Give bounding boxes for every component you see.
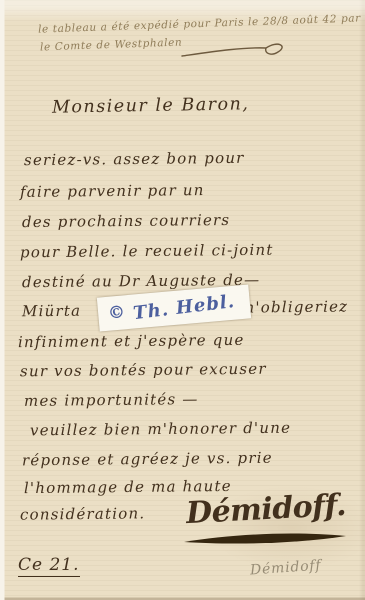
body-line: pour Belle. le recueil ci-joint — [20, 241, 274, 262]
body-line: seriez-vs. assez bon pour — [24, 149, 245, 169]
body-line-interrupted-right: m'obligeriez — [240, 297, 348, 316]
signature-underline-flourish — [182, 531, 350, 547]
copyright-icon: © — [106, 301, 127, 324]
letter-scan: le tableau a été expédié pour Paris le 2… — [0, 0, 365, 600]
body-line-interrupted-left: Miürta — [22, 302, 81, 321]
body-line: mes importunités — — [24, 390, 199, 410]
body-line: l'hommage de ma haute — [24, 477, 232, 497]
stamp-signature-text: Th. Hebl. — [132, 290, 236, 323]
date-note: Ce 21. — [18, 555, 80, 577]
body-line: veuillez bien m'honorer d'une — [30, 419, 291, 440]
top-annotation-line1: le tableau a été expédié pour Paris le 2… — [38, 12, 361, 35]
annotation-flourish-stroke — [180, 38, 295, 62]
top-annotation-line2: le Comte de Westphalen — [40, 37, 183, 54]
body-line: des prochains courriers — [22, 211, 230, 231]
signature: Démidoff. — [185, 488, 347, 531]
pencil-attribution-note: Démidoff — [250, 558, 322, 579]
salutation: Monsieur le Baron, — [52, 94, 250, 117]
body-line: considération. — [20, 504, 145, 523]
copyright-watermark-stamp: © Th. Hebl. — [97, 284, 251, 331]
body-line: faire parvenir par un — [20, 181, 205, 201]
body-line: réponse et agréez je vs. prie — [22, 449, 273, 470]
body-line: infiniment et j'espère que — [18, 331, 245, 351]
body-line: sur vos bontés pour excuser — [20, 360, 267, 381]
